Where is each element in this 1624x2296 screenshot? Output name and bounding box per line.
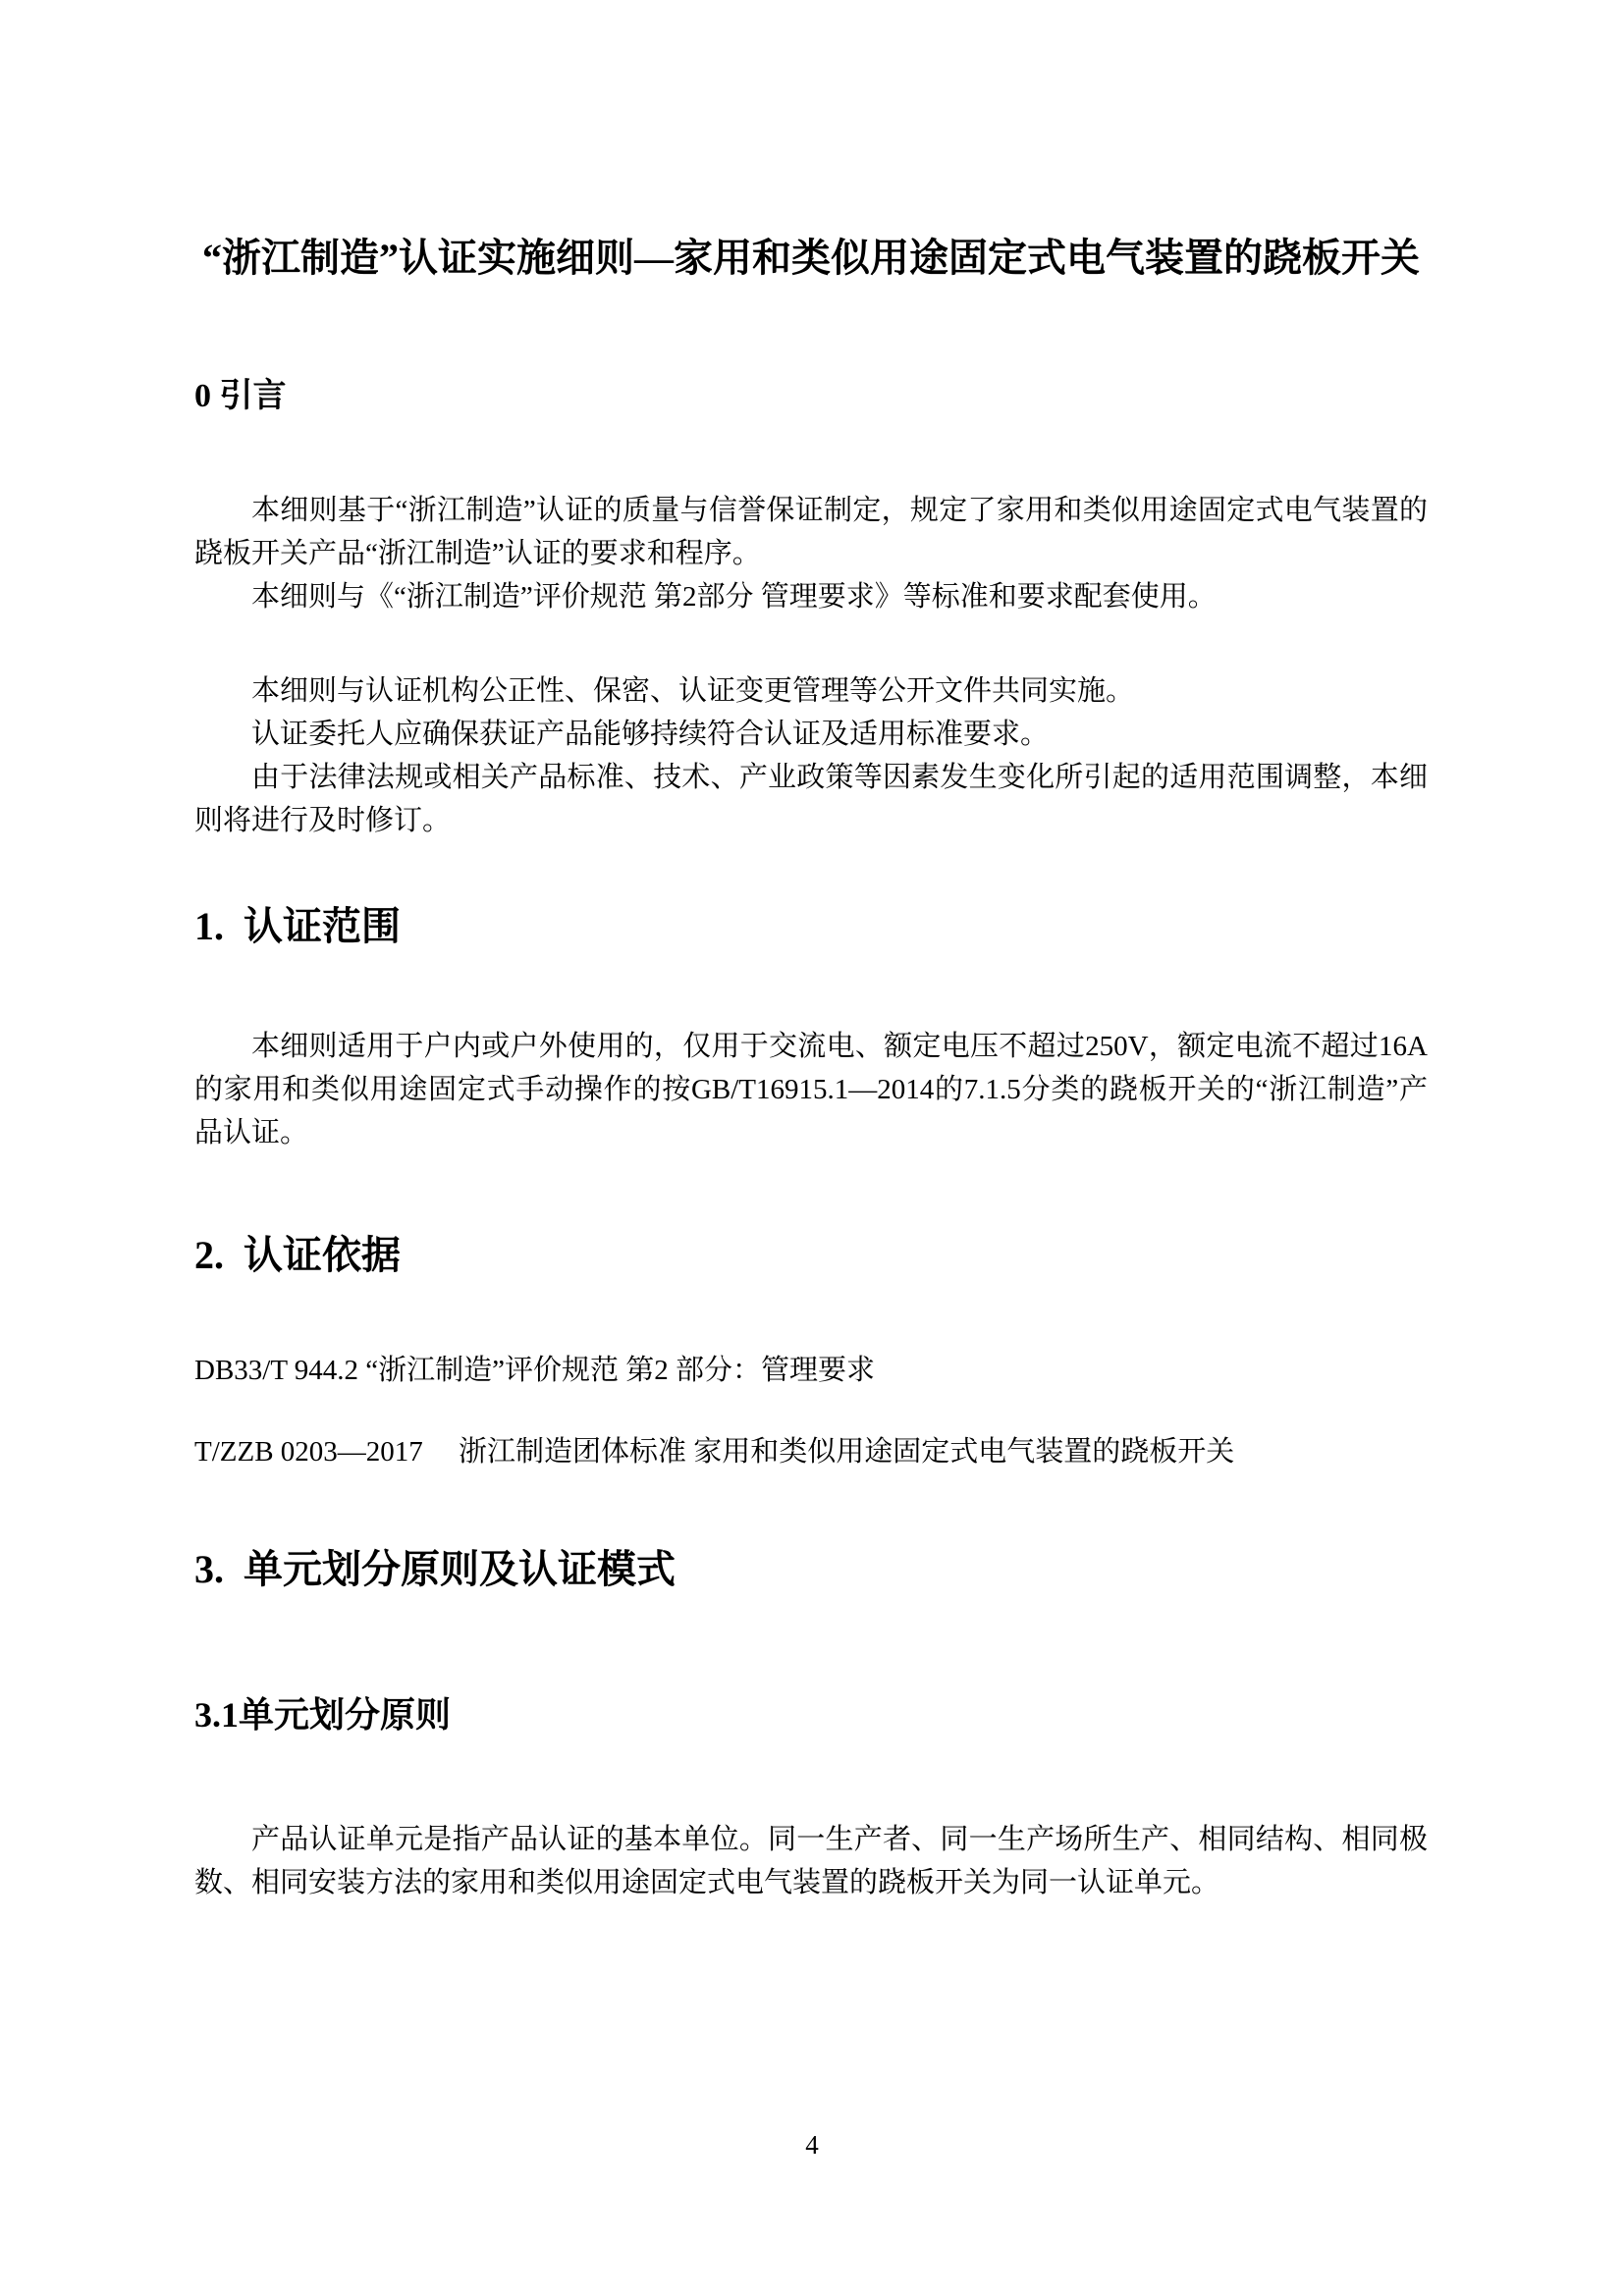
basis-reference-1: DB33/T 944.2 “浙江制造”评价规范 第2 部分：管理要求 bbox=[194, 1349, 1428, 1392]
subsection-heading-unit-division-principle: 3.1单元划分原则 bbox=[194, 1694, 1428, 1736]
intro-paragraph-5: 由于法律法规或相关产品标准、技术、产业政策等因素发生变化所引起的适用范围调整，本… bbox=[194, 756, 1428, 842]
section-heading-introduction: 0 引言 bbox=[194, 377, 1428, 417]
unit-paragraph-group: 产品认证单元是指产品认证的基本单位。同一生产者、同一生产场所生产、相同结构、相同… bbox=[194, 1818, 1428, 1904]
intro-paragraph-group-2: 本细则与认证机构公正性、保密、认证变更管理等公开文件共同实施。 认证委托人应确保… bbox=[194, 669, 1428, 842]
scope-paragraph-group: 本细则适用于户内或户外使用的，仅用于交流电、额定电压不超过250V，额定电流不超… bbox=[194, 1025, 1428, 1154]
basis-reference-2: T/ZZB 0203—2017 浙江制造团体标准 家用和类似用途固定式电气装置的… bbox=[194, 1430, 1428, 1473]
intro-paragraph-group-1: 本细则基于“浙江制造”认证的质量与信誉保证制定，规定了家用和类似用途固定式电气装… bbox=[194, 489, 1428, 618]
scope-paragraph: 本细则适用于户内或户外使用的，仅用于交流电、额定电压不超过250V，额定电流不超… bbox=[194, 1025, 1428, 1154]
intro-paragraph-2: 本细则与《“浙江制造”评价规范 第2部分 管理要求》等标准和要求配套使用。 bbox=[194, 575, 1428, 618]
page-number: 4 bbox=[0, 2130, 1624, 2160]
document-page: “浙江制造”认证实施细则—家用和类似用途固定式电气装置的跷板开关 0 引言 本细… bbox=[0, 0, 1624, 2296]
intro-paragraph-3: 本细则与认证机构公正性、保密、认证变更管理等公开文件共同实施。 bbox=[194, 669, 1428, 713]
intro-paragraph-4: 认证委托人应确保获证产品能够持续符合认证及适用标准要求。 bbox=[194, 713, 1428, 756]
intro-paragraph-1: 本细则基于“浙江制造”认证的质量与信誉保证制定，规定了家用和类似用途固定式电气装… bbox=[194, 489, 1428, 575]
document-title: “浙江制造”认证实施细则—家用和类似用途固定式电气装置的跷板开关 bbox=[194, 234, 1428, 283]
section-heading-certification-scope: 1. 认证范围 bbox=[194, 903, 1428, 950]
unit-paragraph: 产品认证单元是指产品认证的基本单位。同一生产者、同一生产场所生产、相同结构、相同… bbox=[194, 1818, 1428, 1904]
section-heading-certification-basis: 2. 认证依据 bbox=[194, 1232, 1428, 1279]
section-heading-unit-division: 3. 单元划分原则及认证模式 bbox=[194, 1546, 1428, 1593]
